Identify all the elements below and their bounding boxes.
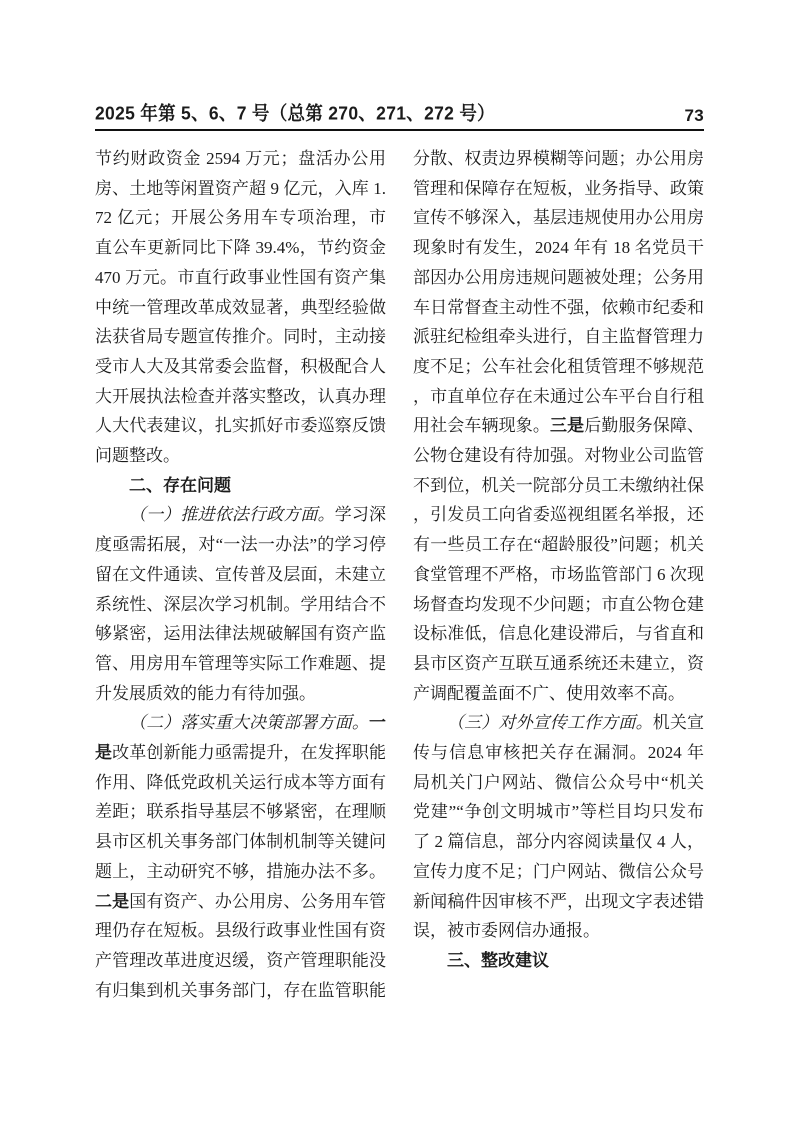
text-segment-normal: 节约财政资金 2594 万元；盘活办公用房、土地等闲置资产超 9 亿元，入库 1…: [95, 149, 386, 465]
text-segment-normal: 改革创新能力亟需提升，在发挥职能作用、降低党政机关运行成本等方面有差距；联系指导…: [95, 743, 386, 881]
text-segment-bold: 二是: [95, 892, 129, 911]
text-segment-normal: 机关宣传与信息审核把关存在漏洞。2024 年局机关门户网站、微信公众号中“机关党…: [413, 713, 704, 940]
text-segment-normal: 学习深度亟需拓展，对“一法一办法”的学习停留在文件通读、宣传普及层面，未建立系统…: [95, 505, 386, 702]
paragraph: 节约财政资金 2594 万元；盘活办公用房、土地等闲置资产超 9 亿元，入库 1…: [95, 144, 386, 471]
text-segment-normal: 后勤服务保障、公物仓建设有待加强。对物业公司监管不到位，机关一院部分员工未缴纳社…: [413, 416, 704, 702]
text-segment-normal: 二、存在问题: [129, 476, 231, 495]
section-heading: 三、整改建议: [413, 946, 704, 976]
text-segment-bold: 三是: [550, 416, 584, 435]
paragraph: （一）推进依法行政方面。学习深度亟需拓展，对“一法一办法”的学习停留在文件通读、…: [95, 500, 386, 708]
page-number: 73: [684, 106, 704, 126]
text-segment-normal: 三、整改建议: [447, 951, 549, 970]
page-header: 2025 年第 5、6、7 号（总第 270、271、272 号） 73: [95, 101, 704, 131]
document-page: 2025 年第 5、6、7 号（总第 270、271、272 号） 73 节约财…: [0, 0, 794, 1122]
paragraph: （三）对外宣传工作方面。机关宣传与信息审核把关存在漏洞。2024 年局机关门户网…: [413, 708, 704, 946]
text-segment-kai: （三）对外宣传工作方面。: [447, 713, 653, 732]
text-segment-kai: （一）推进依法行政方面。: [129, 505, 335, 524]
article-body: 节约财政资金 2594 万元；盘活办公用房、土地等闲置资产超 9 亿元，入库 1…: [95, 144, 704, 1008]
section-heading: 二、存在问题: [95, 471, 386, 501]
issue-label: 2025 年第 5、6、7 号（总第 270、271、272 号）: [95, 99, 495, 126]
text-segment-kai: （二）落实重大决策部署方面。: [129, 713, 369, 732]
